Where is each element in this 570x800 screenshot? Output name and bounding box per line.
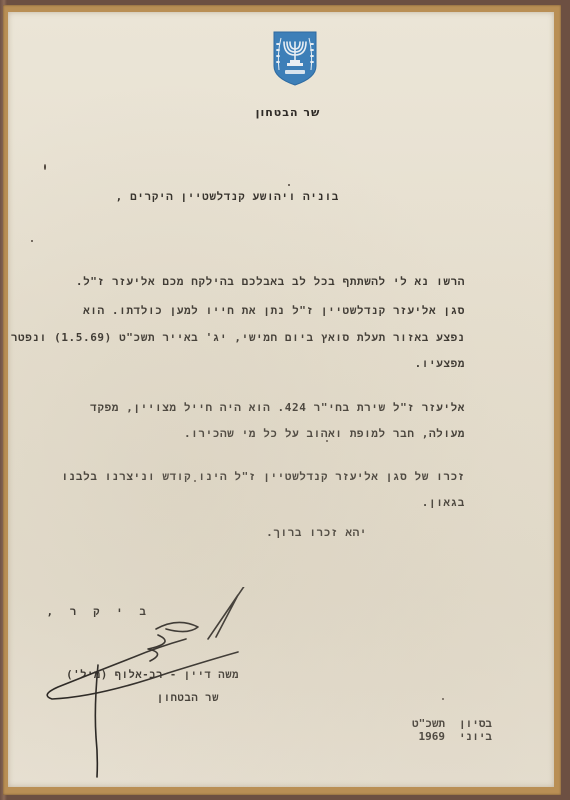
signer-title: שר הבטחון	[157, 692, 219, 705]
hebrew-month: בסיון	[459, 717, 492, 730]
gregorian-year: 1969	[419, 730, 446, 743]
signer-name: משה דיין - רב-אלוף (מיל')	[66, 669, 239, 682]
letter-paper: שר הבטחון בוניה ויהושע קנדלשטיין היקרים …	[8, 12, 554, 787]
salutation: בוניה ויהושע קנדלשטיין היקרים ,	[116, 190, 339, 204]
gregorian-date: ביוני 1969	[412, 730, 492, 743]
body-paragraph-2-line-3: מפצעיו.	[415, 357, 465, 371]
hebrew-year: תשכ"ט	[412, 717, 445, 730]
body-paragraph-3-line-1: אליעזר ז"ל שירת בחי"ר 424. הוא היה חייל …	[90, 401, 465, 415]
paper-speck	[44, 164, 46, 170]
paper-speck	[326, 440, 328, 442]
body-paragraph-3-line-2: מעולה, חבר למופת ואהוב על כל מי שהכירו.	[184, 427, 465, 441]
paper-speck	[31, 240, 33, 242]
body-paragraph-2-line-2: נפצע באזור תעלת סואץ ביום חמישי, יג' באי…	[11, 331, 465, 345]
date-block: בסיון תשכ"ט ביוני 1969	[412, 717, 492, 743]
body-paragraph-1-line-1: הרשו נא לי להשתתף בכל לב באבלכם בהילקח מ…	[76, 275, 465, 289]
gregorian-month: ביוני	[459, 730, 492, 743]
body-paragraph-4-line-1: זכרו של סגן אליעזר קנדלשטיין ז"ל הינו קו…	[62, 470, 465, 484]
body-paragraph-5-line-1: יהא זכרו ברוך.	[266, 526, 367, 540]
closing-regards: ב י ק ר ,	[46, 605, 151, 619]
paper-speck	[194, 480, 196, 482]
paper-speck	[288, 184, 290, 186]
emblem-of-israel-icon	[272, 30, 318, 86]
paper-speck	[442, 698, 444, 700]
body-paragraph-4-line-2: בגאון.	[422, 496, 465, 510]
body-paragraph-2-line-1: סגן אליעזר קנדלשטיין ז"ל נתן את חייו למע…	[83, 304, 465, 318]
letterhead-ministry: שר הבטחון	[228, 106, 348, 119]
hebrew-date: בסיון תשכ"ט	[412, 717, 492, 730]
